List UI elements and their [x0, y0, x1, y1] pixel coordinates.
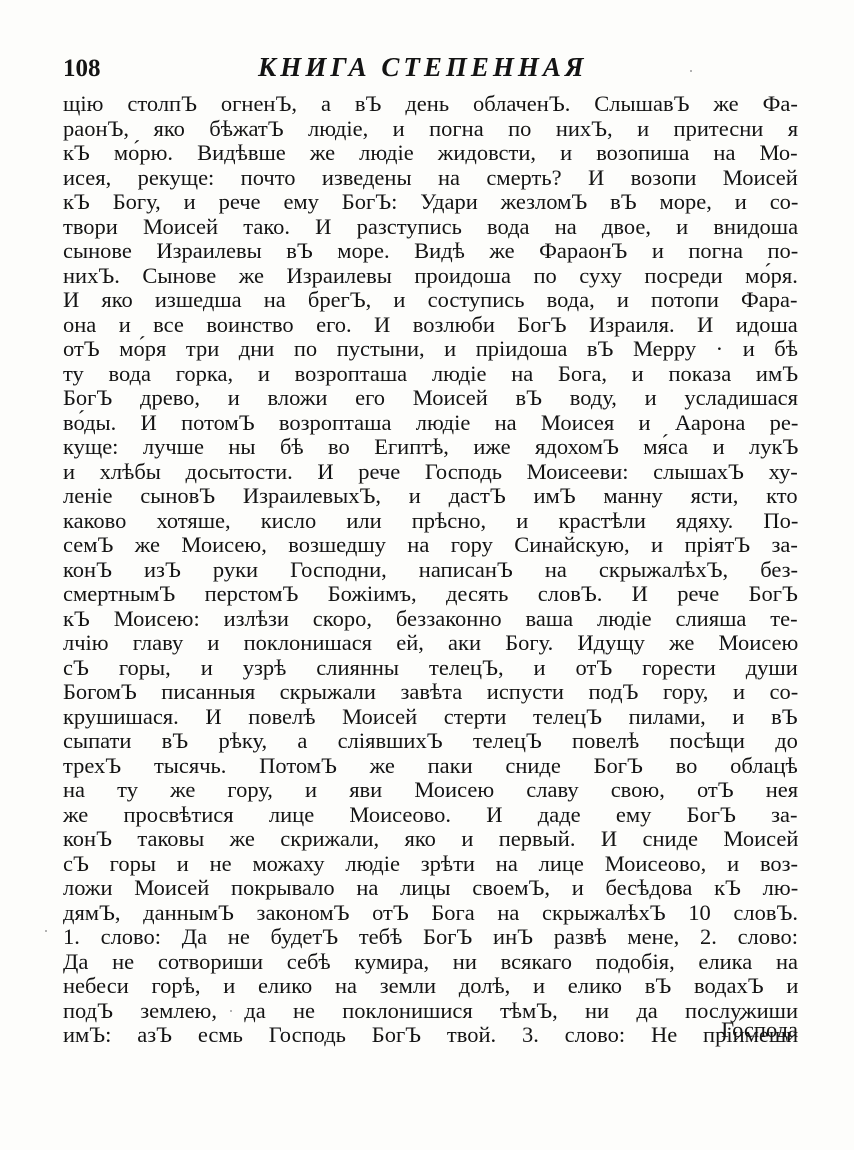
book-page: 108 КНИГА СТЕПЕННАЯ щію столпЪ огненЪ, а…: [0, 0, 854, 1150]
text-line: кЪ мо́рю. Видѣвше же людіе жидовсти, и в…: [63, 141, 798, 166]
text-line: Да не сотвориши себѣ кумира, ни всякаго …: [63, 950, 798, 975]
text-line: раонЪ, яко бѣжатЪ людіе, и погна по нихЪ…: [63, 117, 798, 142]
body-text: щію столпЪ огненЪ, а вЪ день облаченЪ. С…: [63, 92, 798, 1048]
catchword: Го́спода: [721, 1018, 798, 1043]
text-line: щію столпЪ огненЪ, а вЪ день облаченЪ. С…: [63, 92, 798, 117]
text-line: 1. слово: Да не будетЪ тебѣ БогЪ инЪ раз…: [63, 925, 798, 950]
text-line: во́ды. И потомЪ возропташа людіе на Моис…: [63, 411, 798, 436]
text-line: И яко изшедша на брегЪ, и соступись вода…: [63, 288, 798, 313]
page-number: 108: [63, 55, 101, 83]
text-line: имЪ: азЪ есмь Господь БогЪ твой. 3. слов…: [63, 1023, 798, 1048]
print-speck: [45, 930, 47, 932]
text-line: исея, рекуще: почто изведены на смерть? …: [63, 166, 798, 191]
text-line: сыпати вЪ рѣку, а сліявшихЪ телецЪ повел…: [63, 729, 798, 754]
text-line: подЪ землею, да не поклонишися тѣмЪ, ни …: [63, 999, 798, 1024]
print-speck: [690, 70, 692, 72]
text-line: ложи Моисей покрывало на лицы своемЪ, и …: [63, 876, 798, 901]
text-line: сЪ горы и не можаху людіе зрѣти на лице …: [63, 852, 798, 877]
text-line: сЪ горы, и узрѣ слиянны телецЪ, и отЪ го…: [63, 656, 798, 681]
text-line: нихЪ. Сынове же Израилевы проидоша по су…: [63, 264, 798, 289]
print-speck: [325, 1040, 327, 1042]
text-line: конЪ изЪ руки Господни, написанЪ на скры…: [63, 558, 798, 583]
text-line: ту вода горка, и возропташа людіе на Бог…: [63, 362, 798, 387]
book-title: КНИГА СТЕПЕННАЯ: [258, 52, 588, 83]
text-line: и хлѣбы досытости. И рече Господь Моисее…: [63, 460, 798, 485]
text-line: трехЪ тысячь. ПотомЪ же паки сниде БогЪ …: [63, 754, 798, 779]
text-line: сынове Израилевы вЪ море. Видѣ же Фараон…: [63, 239, 798, 264]
text-line: отЪ мо́ря три дни по пустыни, и пріидоша…: [63, 337, 798, 362]
text-line: БогомЪ писанныя скрыжали завѣта испусти …: [63, 680, 798, 705]
text-line: кЪ Моисею: излѣзи скоро, беззаконно ваша…: [63, 607, 798, 632]
text-line: кЪ Богу, и рече ему БогЪ: Удари жезломЪ …: [63, 190, 798, 215]
text-line: БогЪ древо, и вложи его Моисей вЪ воду, …: [63, 386, 798, 411]
text-line: же просвѣтися лице Моисеово. И даде ему …: [63, 803, 798, 828]
text-line: на ту же гору, и яви Моисею славу свою, …: [63, 778, 798, 803]
text-line: лчію главу и поклонишася ей, аки Богу. И…: [63, 631, 798, 656]
text-line: куще: лучше ны бѣ во Египтѣ, иже ядохомЪ…: [63, 435, 798, 460]
running-head: 108 КНИГА СТЕПЕННАЯ: [63, 50, 798, 86]
text-line: небеси горѣ, и елико на земли долѣ, и ел…: [63, 974, 798, 999]
text-line: леніе сыновЪ ИзраилевыхЪ, и дастЪ имЪ ма…: [63, 484, 798, 509]
text-line: каково хотяше, кисло или прѣсно, и краст…: [63, 509, 798, 534]
text-line: твори Моисей тако. И разступись вода на …: [63, 215, 798, 240]
text-line: дямЪ, даннымЪ закономЪ отЪ Бога на скрыж…: [63, 901, 798, 926]
text-line: семЪ же Моисею, возшедшу на гору Синайск…: [63, 533, 798, 558]
text-line: конЪ таковы же скрижали, яко и первый. И…: [63, 827, 798, 852]
text-line: она и все воинство его. И возлюби БогЪ И…: [63, 313, 798, 338]
print-speck: [230, 1010, 232, 1012]
text-line: крушишася. И повелѣ Моисей стерти телецЪ…: [63, 705, 798, 730]
text-line: смертнымЪ перстомЪ Божіимъ, десять словЪ…: [63, 582, 798, 607]
